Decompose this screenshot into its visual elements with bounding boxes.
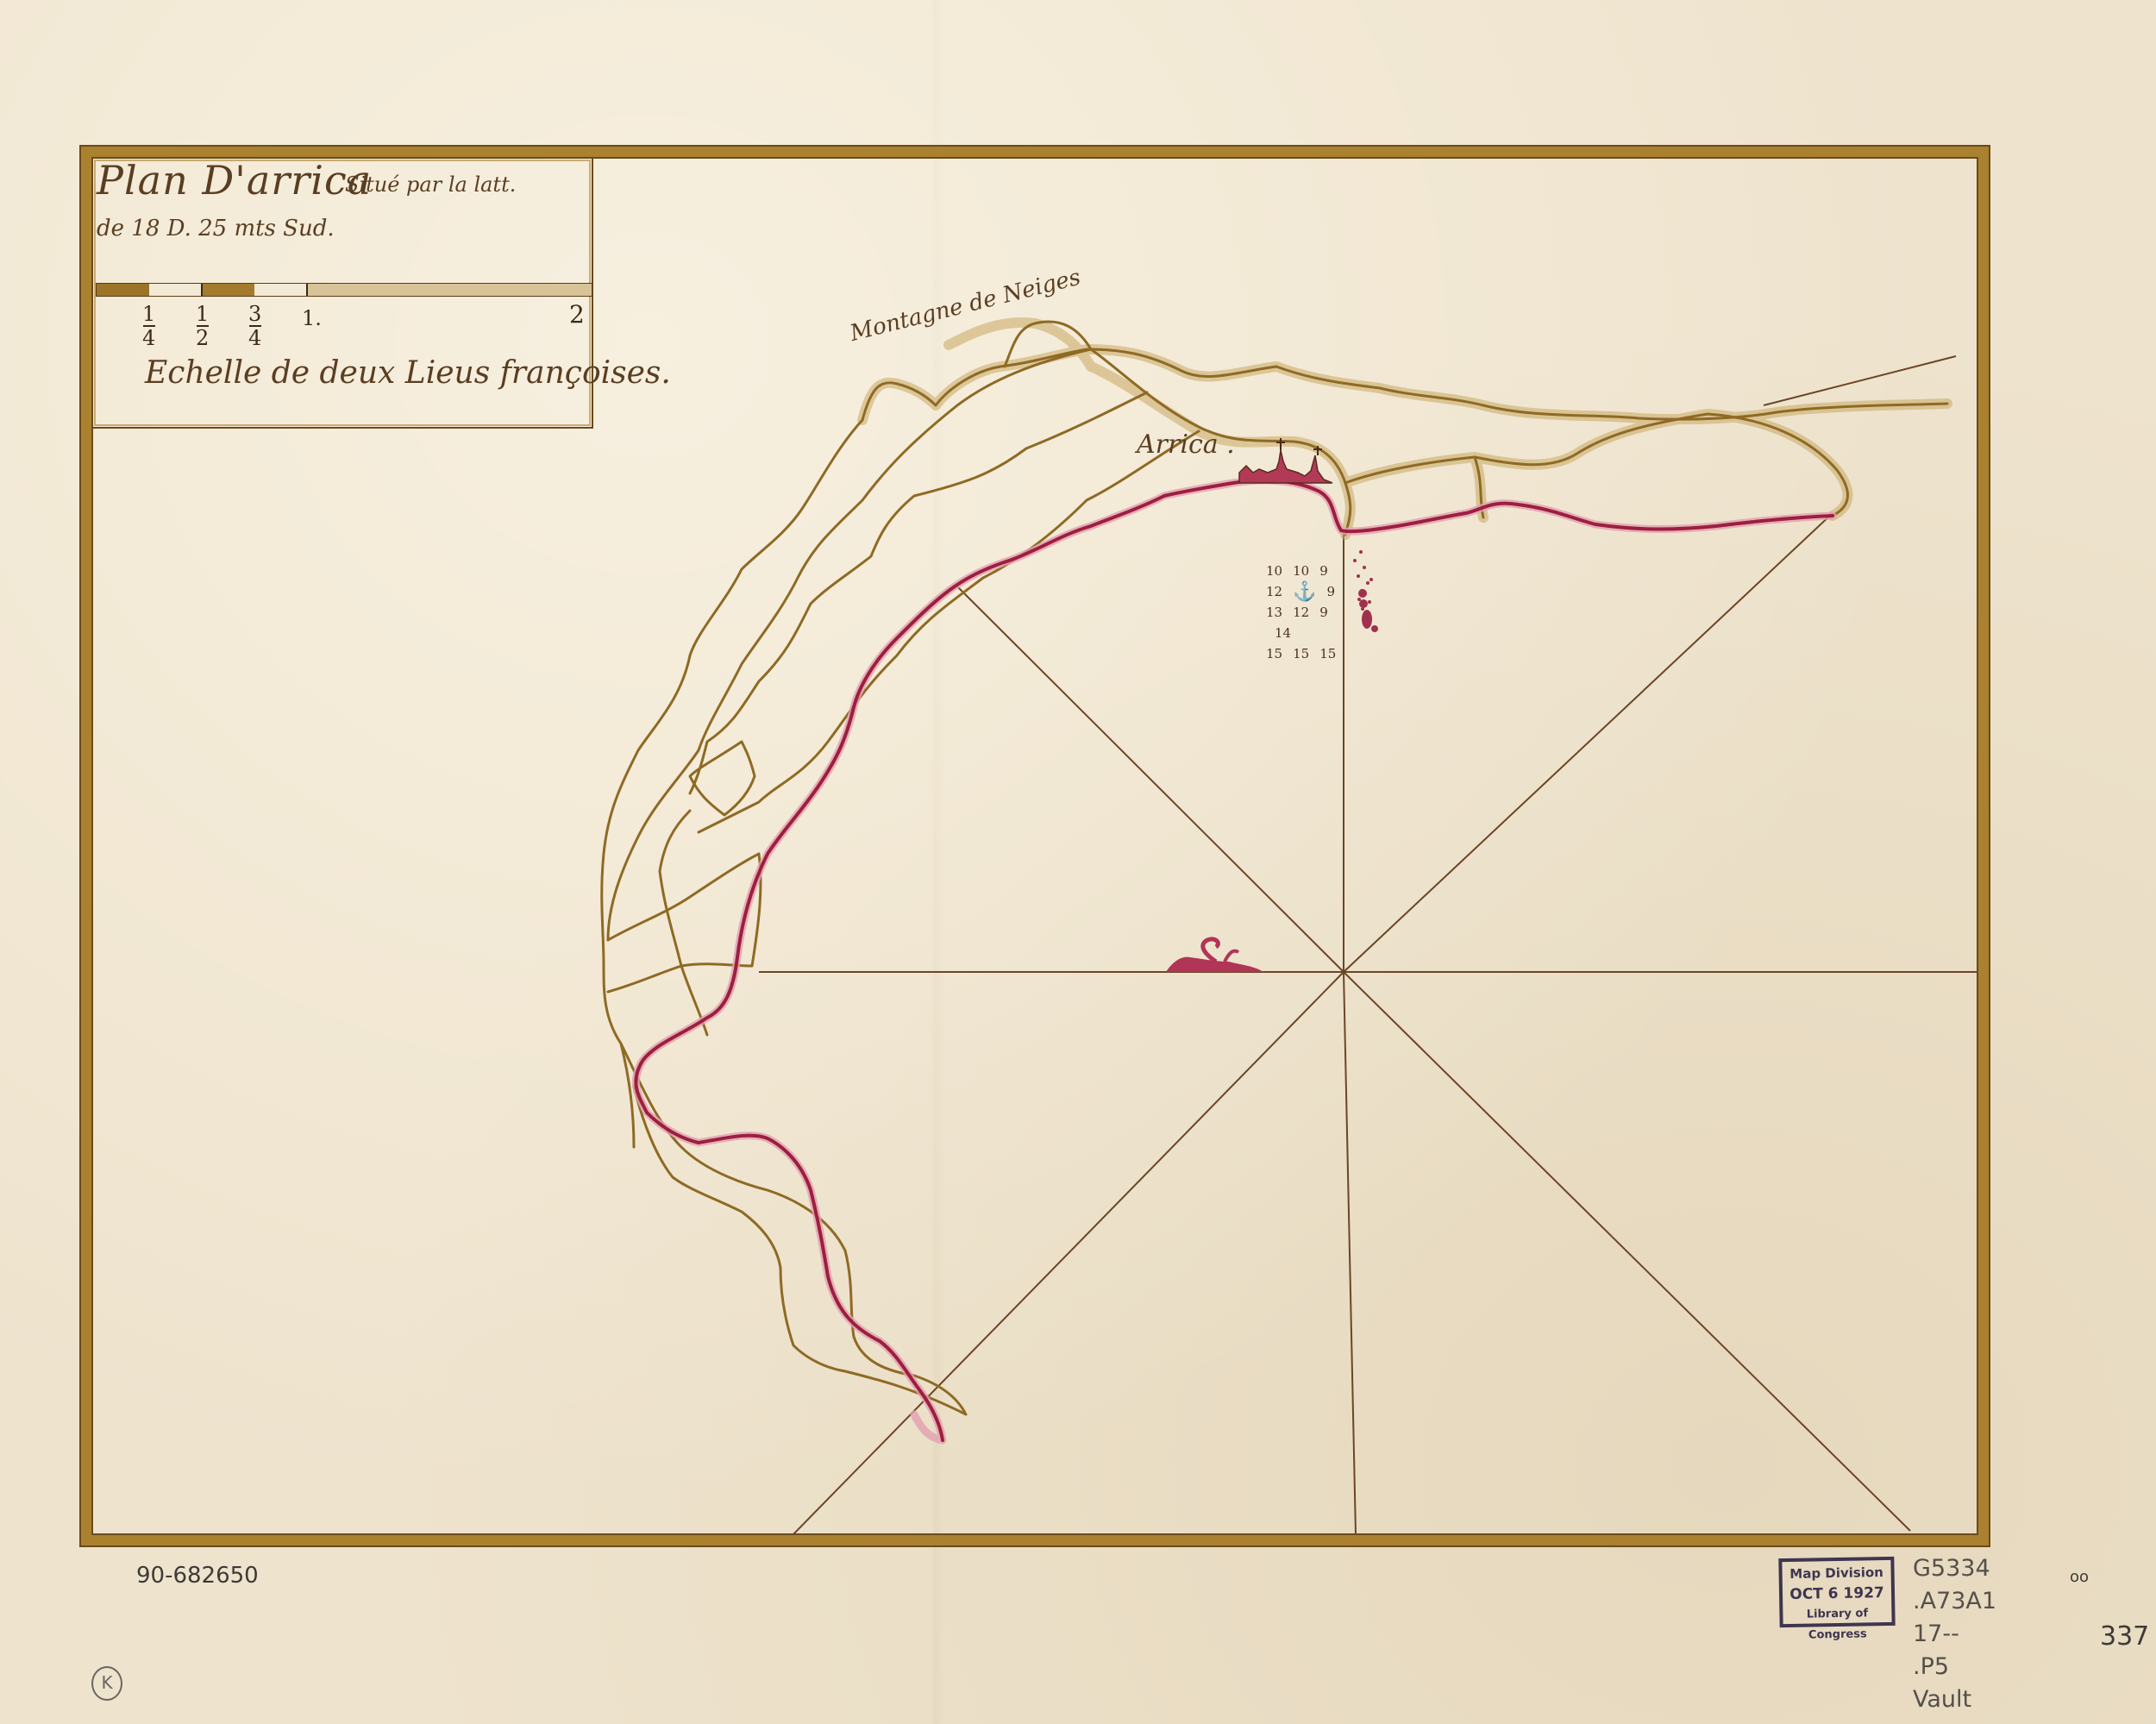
scale-tick-one: 1. bbox=[302, 306, 322, 330]
anchor-icon: ⚓ bbox=[1293, 581, 1316, 603]
stamp-line-1: Map Division bbox=[1782, 1562, 1890, 1584]
scale-bar bbox=[97, 284, 592, 296]
library-of-congress-stamp: Map Division OCT 6 1927 Library of Congr… bbox=[1778, 1557, 1895, 1627]
coastline bbox=[636, 480, 1833, 1440]
corner-mark: oo bbox=[2070, 1568, 2089, 1586]
label-arrica: Arrica . bbox=[1137, 429, 1235, 460]
soundings-row: 151515 bbox=[1266, 643, 1336, 664]
scale-tick-quarter: 14 bbox=[142, 304, 155, 350]
call-number: G5334 .A73A1 17-- .P5 Vault bbox=[1913, 1552, 1996, 1716]
sea-rock-ornament-icon bbox=[1166, 939, 1263, 972]
map-title-subtitle-1: Situé par la latt. bbox=[345, 172, 516, 197]
reef-shoals bbox=[1353, 550, 1378, 632]
soundings-row: 13129 bbox=[1266, 602, 1336, 623]
scale-caption: Echelle de deux Lieus françoises. bbox=[145, 355, 671, 391]
soundings-row: 10109 bbox=[1266, 561, 1336, 581]
soundings-row: 12⚓9 bbox=[1266, 581, 1336, 602]
relief-hills bbox=[602, 322, 1947, 1414]
scale-tick-two: 2 bbox=[569, 300, 585, 329]
circled-k-mark: K bbox=[91, 1666, 122, 1701]
stamp-line-3: Library of Congress bbox=[1783, 1603, 1892, 1646]
map-title: Plan D'arrica bbox=[97, 157, 372, 204]
stamp-line-2: OCT 6 1927 bbox=[1783, 1583, 1891, 1605]
scale-tick-half: 12 bbox=[196, 304, 209, 350]
scale-tick-three-quarter: 34 bbox=[248, 304, 261, 350]
soundings-row: 14 bbox=[1266, 623, 1336, 643]
accession-number: 90-682650 bbox=[136, 1563, 259, 1589]
sheet-number: 337 bbox=[2100, 1621, 2149, 1652]
map-drawing bbox=[0, 0, 2156, 1724]
depth-soundings: 10109 12⚓9 13129 14 151515 bbox=[1266, 561, 1336, 664]
map-title-subtitle-2: de 18 D. 25 mts Sud. bbox=[97, 216, 335, 241]
